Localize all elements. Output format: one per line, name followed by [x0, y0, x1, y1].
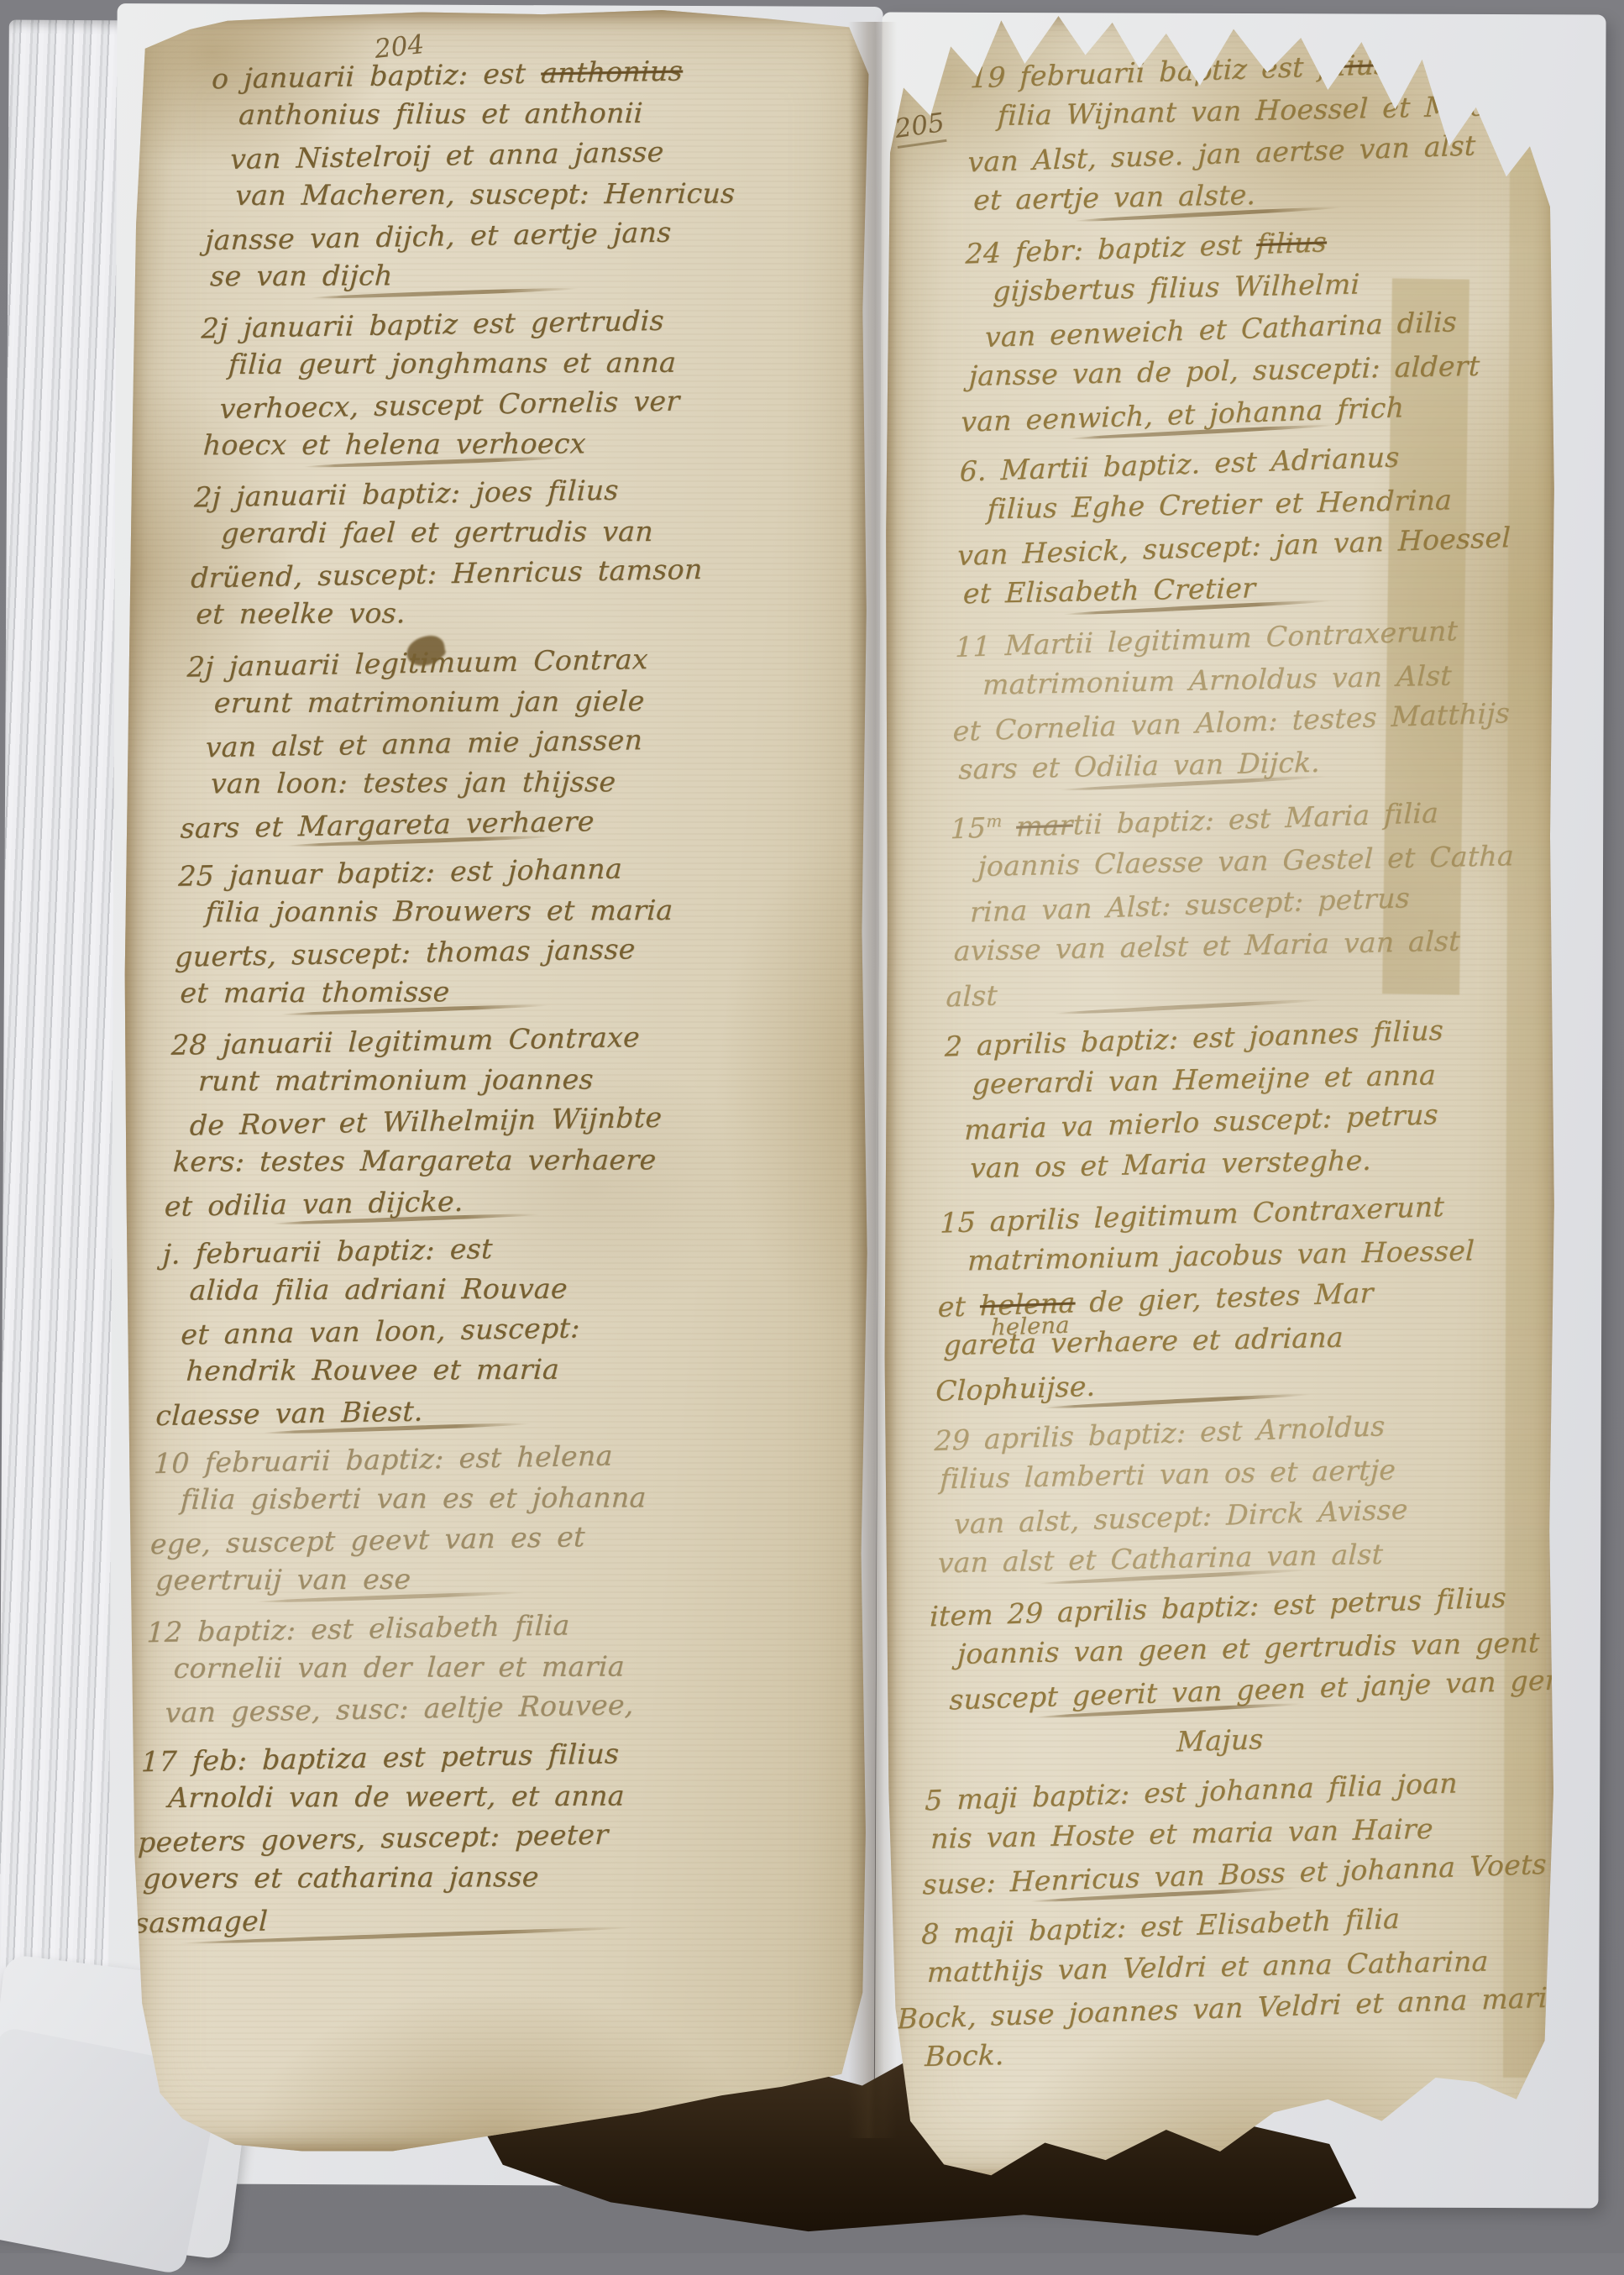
- manuscript-line: 2j januarii legitimuum Contrax: [186, 636, 846, 688]
- manuscript-line: runt matrimonium joannes: [197, 1058, 836, 1101]
- register-entry: 11 Martii legitimum Contraxeruntmatrimon…: [951, 609, 1543, 792]
- manuscript-page-right: 205 19 februarii baptiz est filiusfilia …: [883, 12, 1557, 2182]
- register-entry: 2 aprilis baptiz: est joannes filiusgeer…: [940, 1009, 1532, 1193]
- manuscript-line: 2j januarii baptiz est gertrudis: [201, 297, 861, 349]
- manuscript-line: o januarii baptiz: est anthonius: [211, 48, 871, 100]
- register-entry: 2j januarii baptiz: joes filiusgerardi f…: [188, 469, 853, 637]
- manuscript-line: 25 januar baptiz: est johanna: [177, 845, 837, 897]
- register-entry: 17 feb: baptiza est petrus filiusArnoldi…: [134, 1732, 800, 1940]
- manuscript-line: et neelke vos.: [195, 591, 855, 634]
- manuscript-line: sasmagel: [134, 1892, 794, 1944]
- photo-background: 204 o januarii baptiz: est anthoniusanth…: [0, 0, 1624, 2253]
- manuscript-line: Arnoldi van de weert, et anna: [167, 1775, 805, 1818]
- register-entry: 10 februarii baptiz: est helenafilia gis…: [148, 1434, 813, 1601]
- register-entry: 6. Martii baptiz. est Adrianusfilius Egh…: [956, 433, 1548, 616]
- register-entry: 12 baptiz: est elisabeth filiacornelii v…: [143, 1603, 806, 1731]
- manuscript-line: 28 januarii legitimum Contraxe: [170, 1014, 830, 1066]
- manuscript-line: van Macheren, suscept: Henricus: [234, 173, 872, 216]
- manuscript-line: filia geurt jonghmans et anna: [228, 342, 866, 385]
- manuscript-page-left: 204 o januarii baptiz: est anthoniusanth…: [123, 10, 872, 2153]
- manuscript-line: govers et catharina jansse: [142, 1856, 802, 1899]
- manuscript-line: filia joannis Brouwers et maria: [204, 889, 842, 932]
- register-entry: 25 januar baptiz: est johannafilia joann…: [172, 847, 837, 1014]
- register-entry: Majus: [925, 1712, 1514, 1769]
- manuscript-line: 12 baptiz: est elisabeth filia: [146, 1601, 806, 1654]
- register-entries-right: 19 februarii baptiz est filiusfilia Wijn…: [917, 40, 1558, 2089]
- manuscript-line: erunt matrimonium jan giele: [213, 680, 851, 723]
- manuscript-line: j. februarii baptiz: est: [162, 1223, 822, 1275]
- manuscript-line: de Rover et Wilhelmijn Wijnbte: [189, 1094, 827, 1145]
- manuscript-line: guerts, suscept: thomas jansse: [174, 925, 834, 978]
- register-entry: 28 januarii legitimum Contraxerunt matri…: [164, 1016, 830, 1224]
- register-entries-left: o januarii baptiz: est anthoniusanthoniu…: [134, 50, 871, 1948]
- register-entry: 15m martii baptiz: est Maria filiajoanni…: [946, 785, 1538, 1016]
- manuscript-line: 2j januarii baptiz: joes filius: [193, 466, 853, 518]
- register-entry: 2j januarii baptiz est gertrudisfilia ge…: [196, 299, 861, 466]
- register-entry: 8 maji baptiz: est Elisabeth filiamatthi…: [918, 1896, 1510, 2080]
- manuscript-line: alida filia adriani Rouvae: [189, 1267, 827, 1310]
- register-entry: 5 maji baptiz: est johanna filia joannis…: [922, 1763, 1513, 1903]
- manuscript-line: gerardi fael et gertrudis van: [220, 511, 858, 553]
- manuscript-line: ege, suscept geevt van es et: [149, 1512, 809, 1565]
- manuscript-line: cornelii van der laer et maria: [173, 1646, 811, 1689]
- manuscript-line: kers: testes Margareta verhaere: [172, 1139, 832, 1182]
- register-entry: item 29 aprilis baptiz: est petrus filiu…: [927, 1578, 1518, 1718]
- manuscript-line: 17 feb: baptiza est petrus filius: [140, 1731, 800, 1783]
- manuscript-line: van alst et anna mie janssen: [205, 716, 843, 768]
- manuscript-line: et anna van loon, suscept:: [181, 1303, 819, 1355]
- manuscript-line: et odilia van dijcke.: [164, 1175, 824, 1227]
- manuscript-line: filia gisberti van es et johanna: [180, 1476, 818, 1519]
- manuscript-line: van gesse, susc: aeltje Rouvee,: [165, 1682, 803, 1733]
- register-entry: o januarii baptiz: est anthoniusanthoniu…: [202, 50, 871, 297]
- manuscript-line: van loon: testes jan thijsse: [210, 761, 848, 804]
- manuscript-line: peeters govers, suscept: peeter: [137, 1811, 797, 1864]
- register-entry: 29 aprilis baptiz: est Arnoldusfilius la…: [930, 1402, 1522, 1586]
- page-number-right: 205: [893, 107, 946, 149]
- manuscript-line: claesse van Biest.: [155, 1384, 815, 1436]
- register-entry: 15 aprilis legitimum Contraxeruntmatrimo…: [935, 1185, 1528, 1410]
- register-entry: 2j januarii legitimuum Contraxerunt matr…: [180, 638, 846, 846]
- manuscript-line: jansse van dijch, et aertje jans: [204, 209, 864, 261]
- manuscript-line: van Nistelroij et anna jansse: [229, 128, 867, 180]
- manuscript-line: Majus: [925, 1710, 1514, 1771]
- manuscript-line: 10 februarii baptiz: est helena: [153, 1432, 813, 1484]
- register-entry: j. februarii baptiz: estalida filia adri…: [155, 1225, 822, 1433]
- manuscript-line: hendrik Rouvee et maria: [185, 1348, 823, 1391]
- manuscript-line: anthonius filius et anthonii: [238, 92, 876, 135]
- manuscript-line: drüend, suscept: Henricus tamson: [190, 547, 850, 599]
- register-entry: 24 febr: baptiz est filiusgijsbertus fil…: [961, 216, 1553, 441]
- manuscript-line: verhoecx, suscept Cornelis ver: [219, 378, 857, 429]
- manuscript-line: sars et Margareta verhaere: [180, 797, 840, 849]
